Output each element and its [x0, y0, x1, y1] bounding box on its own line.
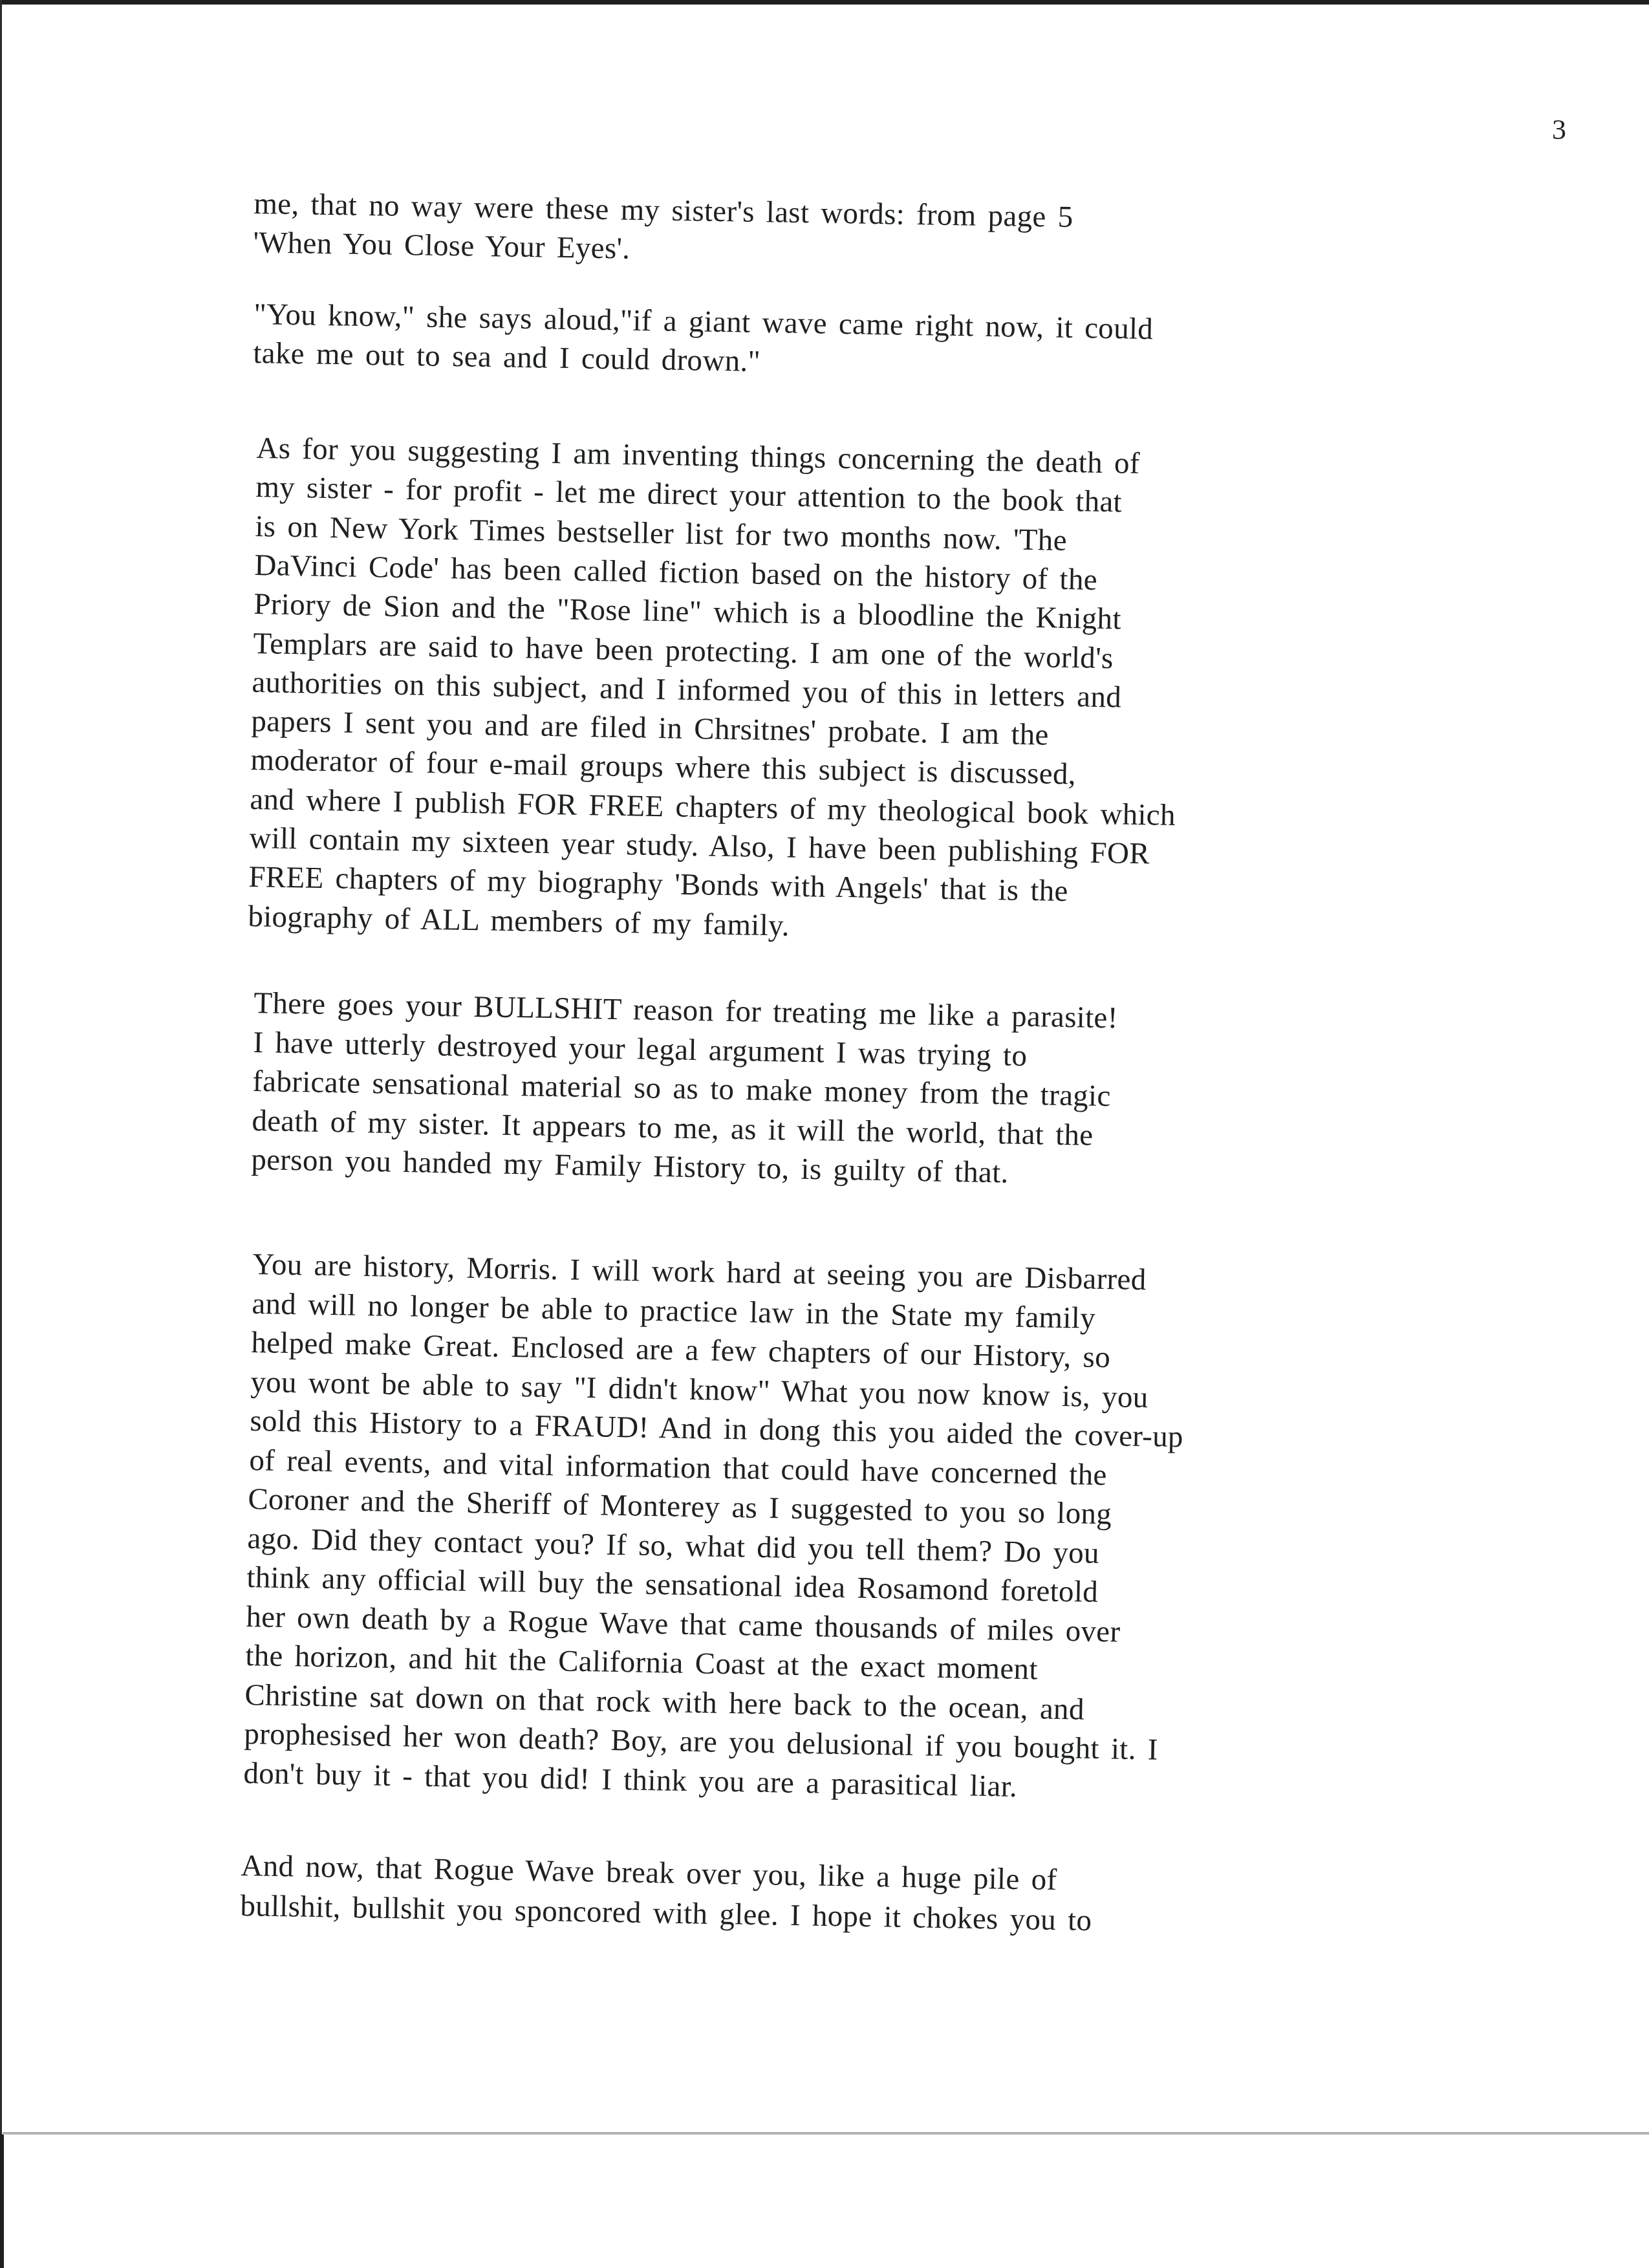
text-line: Coroner and the Sheriff of Monterey as I… [248, 1484, 1112, 1529]
text-line: Priory de Sion and the "Rose line" which… [253, 589, 1121, 634]
text-line: Templars are said to have been protectin… [253, 629, 1114, 674]
page-number: 3 [1552, 113, 1566, 146]
text-line: think any official will buy the sensatio… [246, 1562, 1098, 1608]
text-line: and will no longer be able to practice l… [252, 1289, 1095, 1334]
text-line: moderator of four e-mail groups where th… [250, 745, 1076, 790]
text-line: You are history, Morris. I will work har… [252, 1249, 1147, 1295]
text-line: FREE chapters of my biography 'Bonds wit… [248, 862, 1068, 907]
text-line: helped make Great. Enclosed are a few ch… [251, 1328, 1110, 1373]
text-line: is on New York Times bestseller list for… [255, 512, 1067, 556]
text-line: papers I sent you and are filed in Chrsi… [251, 706, 1049, 751]
text-line: death of my sister. It appears to me, as… [252, 1106, 1094, 1151]
text-line: There goes your BULLSHIT reason for trea… [253, 988, 1118, 1033]
text-line: bullshit, bullshit you sponcored with gl… [240, 1891, 1092, 1936]
text-line: her own death by a Rogue Wave that came … [246, 1602, 1121, 1648]
text-line: fabricate sensational material so as to … [252, 1066, 1111, 1112]
text-line: me, that no way were these my sister's l… [253, 189, 1073, 233]
text-line: take me out to sea and I could drown." [253, 338, 760, 377]
scanned-letter-page: 3 me, that no way were these my sister's… [0, 0, 1649, 2132]
text-line: the horizon, and hit the California Coas… [245, 1641, 1038, 1685]
text-line: biography of ALL members of my family. [248, 902, 790, 942]
text-line: And now, that Rogue Wave break over you,… [241, 1851, 1057, 1895]
text-line: my sister - for profit - let me direct y… [255, 472, 1122, 517]
text-line: don't buy it - that you did! I think you… [243, 1758, 1017, 1802]
text-line: of real events, and vital information th… [249, 1445, 1107, 1491]
paper-bottom-edge [3, 2132, 1649, 2135]
text-line: person you handed my Family History to, … [251, 1145, 1009, 1188]
text-line: I have utterly destroyed your legal argu… [253, 1028, 1028, 1072]
text-line: DaVinci Code' has been called fiction ba… [254, 550, 1097, 596]
text-line: ago. Did they contact you? If so, what d… [247, 1524, 1099, 1569]
text-line: Christine sat down on that rock with her… [244, 1680, 1084, 1725]
text-line: 'When You Close Your Eyes'. [253, 228, 630, 265]
scanner-border-left-lower [0, 2134, 4, 2268]
